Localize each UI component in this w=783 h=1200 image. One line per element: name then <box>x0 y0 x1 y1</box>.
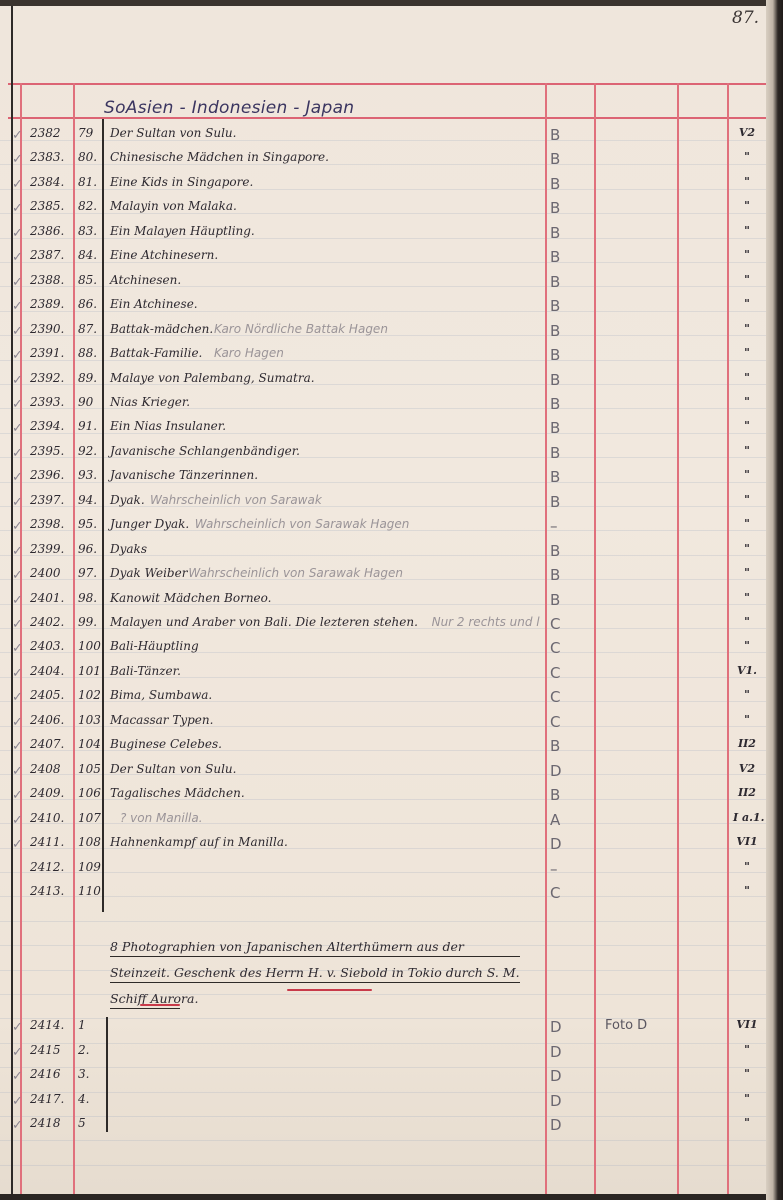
table-row: ✓2395.92.Javanische Schlangenbändiger.B" <box>0 444 766 468</box>
classification-letter: B <box>550 395 580 413</box>
table-row: ✓2391.88.Battak-Familie.Karo HagenB" <box>0 346 766 370</box>
entry-number: 110 <box>78 884 102 898</box>
pencil-annotation: Wahrscheinlich von Sarawak Hagen <box>188 566 403 580</box>
entry-description: Buginese Celebes. <box>110 737 222 751</box>
entry-description: Javanische Tänzerinnen. <box>110 468 258 482</box>
entry-description: Bali-Tänzer. <box>110 664 181 678</box>
inventory-number: 2388. <box>30 273 70 287</box>
classification-letter: B <box>550 199 580 217</box>
table-row: ✓2409.106.Tagalisches Mädchen.BII2 <box>0 786 766 810</box>
classification-letter: B <box>550 224 580 242</box>
entry-number: 86. <box>78 297 102 311</box>
location-code: " <box>733 884 761 897</box>
table-row: ✓2399.96.DyaksB" <box>0 542 766 566</box>
inventory-number: 2415 <box>30 1043 70 1057</box>
entry-number: 80. <box>78 150 102 164</box>
inventory-number: 2405. <box>30 688 70 702</box>
table-row: ✓2417.4.D" <box>0 1092 766 1116</box>
location-code: " <box>733 322 761 335</box>
location-code: " <box>733 273 761 286</box>
table-row: ✓2407.104.Buginese Celebes.BII2 <box>0 737 766 761</box>
checkmark-icon: ✓ <box>12 739 23 754</box>
classification-letter: C <box>550 884 580 902</box>
location-code: " <box>733 444 761 457</box>
inventory-number: 2411. <box>30 835 70 849</box>
table-row: ✓238279Der Sultan von Sulu.BV2 <box>0 126 766 150</box>
classification-letter: C <box>550 664 580 682</box>
entry-number: 3. <box>78 1067 102 1081</box>
classification-letter: B <box>550 786 580 804</box>
checkmark-icon: ✓ <box>12 1118 23 1133</box>
ruled-line <box>0 921 768 922</box>
entry-number: 103. <box>78 713 102 727</box>
inventory-number: 2384. <box>30 175 70 189</box>
entry-number: 92. <box>78 444 102 458</box>
checkmark-icon: ✓ <box>12 421 23 436</box>
classification-letter: C <box>550 639 580 657</box>
entry-number: 93. <box>78 468 102 482</box>
pencil-annotation: Karo Hagen <box>214 346 284 360</box>
checkmark-icon: ✓ <box>12 666 23 681</box>
inventory-number: 2395. <box>30 444 70 458</box>
entry-number: 98. <box>78 591 102 605</box>
classification-letter: D <box>550 1092 580 1110</box>
checkmark-icon: ✓ <box>12 275 23 290</box>
checkmark-icon: ✓ <box>12 324 23 339</box>
entry-number: 99. <box>78 615 102 629</box>
table-row: ✓2384.81.Eine Kids in Singapore.B" <box>0 175 766 199</box>
checkmark-icon: ✓ <box>12 617 23 632</box>
table-row: 2412.109–" <box>0 860 766 884</box>
entry-description: Tagalisches Mädchen. <box>110 786 245 800</box>
classification-letter: D <box>550 1018 580 1036</box>
location-code: " <box>733 493 761 506</box>
table-row: ✓2394.91.Ein Nias Insulaner.B" <box>0 419 766 443</box>
entry-number: 2. <box>78 1043 102 1057</box>
location-code: " <box>733 713 761 726</box>
ruled-line <box>0 1140 768 1141</box>
location-code: " <box>733 1092 761 1105</box>
entry-number: 94. <box>78 493 102 507</box>
table-row: 2413.110C" <box>0 884 766 908</box>
checkmark-icon: ✓ <box>12 470 23 485</box>
inventory-number: 2416 <box>30 1067 70 1081</box>
entry-description: Ein Malayen Häuptling. <box>110 224 255 238</box>
entry-number: 104. <box>78 737 102 751</box>
checkmark-icon: ✓ <box>12 250 23 265</box>
location-code: " <box>733 419 761 432</box>
location-code: II2 <box>733 737 761 750</box>
inventory-number: 2407. <box>30 737 70 751</box>
checkmark-icon: ✓ <box>12 1045 23 1060</box>
inventory-number: 2397. <box>30 493 70 507</box>
classification-letter: B <box>550 737 580 755</box>
entry-description: Nias Krieger. <box>110 395 190 409</box>
location-code: I a.1. <box>733 811 761 824</box>
location-code: V2 <box>733 762 761 775</box>
entry-number: 81. <box>78 175 102 189</box>
location-code: " <box>733 1067 761 1080</box>
classification-letter: B <box>550 248 580 266</box>
location-code: " <box>733 615 761 628</box>
entry-number: 83. <box>78 224 102 238</box>
inventory-number: 2392. <box>30 371 70 385</box>
entry-number: 107. <box>78 811 102 825</box>
entry-description: Macassar Typen. <box>110 713 213 727</box>
classification-letter: B <box>550 175 580 193</box>
checkmark-icon: ✓ <box>12 715 23 730</box>
checkmark-icon: ✓ <box>12 593 23 608</box>
location-code: " <box>733 517 761 530</box>
entry-number: 4. <box>78 1092 102 1106</box>
entry-number: 91. <box>78 419 102 433</box>
inventory-number: 2387. <box>30 248 70 262</box>
entry-number: 87. <box>78 322 102 336</box>
inventory-number: 2410. <box>30 811 70 825</box>
classification-letter: B <box>550 346 580 364</box>
inventory-number: 2390. <box>30 322 70 336</box>
pencil-annotation: Wahrscheinlich von Sarawak Hagen <box>195 517 410 531</box>
classification-letter: B <box>550 566 580 584</box>
table-row: ✓2403.100Bali-HäuptlingC" <box>0 639 766 663</box>
checkmark-icon: ✓ <box>12 519 23 534</box>
inventory-number: 2408 <box>30 762 70 776</box>
classification-letter: – <box>550 517 580 535</box>
location-code: VI1 <box>733 835 761 848</box>
inventory-number: 2382 <box>30 126 70 140</box>
entry-number: 85. <box>78 273 102 287</box>
table-row: ✓2390.87.Battak-mädchen.Karo Nördliche B… <box>0 322 766 346</box>
classification-letter: B <box>550 126 580 144</box>
table-row: ✓2402.99.Malayen und Araber von Bali. Di… <box>0 615 766 639</box>
location-code: " <box>733 224 761 237</box>
entry-description: Dyak Weiber <box>110 566 187 580</box>
classification-letter: B <box>550 468 580 486</box>
classification-letter: C <box>550 713 580 731</box>
ledger-page: 87. SoAsien - Indonesien - Japan ✓238279… <box>0 6 768 1194</box>
classification-letter: D <box>550 1067 580 1085</box>
checkmark-icon: ✓ <box>12 373 23 388</box>
entry-description: Dyak. <box>110 493 145 507</box>
red-underline-aurora <box>140 1004 180 1006</box>
inventory-number: 2385. <box>30 199 70 213</box>
entry-description: Malayin von Malaka. <box>110 199 237 213</box>
checkmark-icon: ✓ <box>12 544 23 559</box>
entry-number: 96. <box>78 542 102 556</box>
location-code: VI1 <box>733 1018 761 1031</box>
classification-letter: B <box>550 591 580 609</box>
location-code: II2 <box>733 786 761 799</box>
inventory-number: 2404. <box>30 664 70 678</box>
inventory-number: 2412. <box>30 860 70 874</box>
pencil-annotation: Nur 2 rechts und links mit den Carsten S… <box>432 615 540 629</box>
classification-letter: D <box>550 835 580 853</box>
inventory-number: 2394. <box>30 419 70 433</box>
table-row: ✓2410.107.? von Manilla.AI a.1. <box>0 811 766 835</box>
entry-description: Javanische Schlangenbändiger. <box>110 444 300 458</box>
location-code: " <box>733 860 761 873</box>
entry-description: Atchinesen. <box>110 273 181 287</box>
checkmark-icon: ✓ <box>12 1069 23 1084</box>
pencil-annotation: Karo Nördliche Battak Hagen <box>214 322 388 336</box>
classification-letter: B <box>550 542 580 560</box>
red-underline-siebold <box>287 989 372 991</box>
table-row: ✓2401.98.Kanowit Mädchen Borneo.B" <box>0 591 766 615</box>
entry-number: 106. <box>78 786 102 800</box>
inventory-number: 2417. <box>30 1092 70 1106</box>
inventory-number: 2400 <box>30 566 70 580</box>
checkmark-icon: ✓ <box>12 446 23 461</box>
inventory-number: 2418 <box>30 1116 70 1130</box>
entry-description: Battak-mädchen. <box>110 322 213 336</box>
table-row: ✓240097.Dyak WeiberWahrscheinlich von Sa… <box>0 566 766 590</box>
checkmark-icon: ✓ <box>12 1020 23 1035</box>
entry-number: 84. <box>78 248 102 262</box>
checkmark-icon: ✓ <box>12 568 23 583</box>
inventory-number: 2406. <box>30 713 70 727</box>
location-code: " <box>733 688 761 701</box>
location-code: V1. <box>733 664 761 677</box>
entry-number: 102. <box>78 688 102 702</box>
entry-description: Ein Atchinese. <box>110 297 198 311</box>
classification-letter: C <box>550 688 580 706</box>
location-code: " <box>733 150 761 163</box>
location-code: " <box>733 395 761 408</box>
classification-letter: – <box>550 860 580 878</box>
checkmark-icon: ✓ <box>12 201 23 216</box>
entry-number: 108 <box>78 835 102 849</box>
location-code: " <box>733 1116 761 1129</box>
page-number: 87. <box>732 8 759 28</box>
header-top-rule <box>8 83 768 85</box>
checkmark-icon: ✓ <box>12 788 23 803</box>
entry-number: 90 <box>78 395 102 409</box>
classification-letter: B <box>550 493 580 511</box>
checkmark-icon: ✓ <box>12 641 23 656</box>
inventory-number: 2403. <box>30 639 70 653</box>
entry-description: Ein Nias Insulaner. <box>110 419 226 433</box>
entry-number: 105. <box>78 762 102 776</box>
entry-description: Eine Kids in Singapore. <box>110 175 253 189</box>
location-code: " <box>733 566 761 579</box>
entry-number: 101. <box>78 664 102 678</box>
classification-letter: B <box>550 297 580 315</box>
table-row: ✓2393.90Nias Krieger.B" <box>0 395 766 419</box>
entry-description: Junger Dyak. <box>110 517 189 531</box>
foto-label: Foto D <box>605 1018 647 1033</box>
classification-letter: D <box>550 1116 580 1134</box>
table-row: ✓2398.95.Junger Dyak.Wahrscheinlich von … <box>0 517 766 541</box>
inventory-number: 2399. <box>30 542 70 556</box>
entry-description: Der Sultan von Sulu. <box>110 126 236 140</box>
inventory-number: 2398. <box>30 517 70 531</box>
table-row: ✓2408105.Der Sultan von Sulu.DV2 <box>0 762 766 786</box>
checkmark-icon: ✓ <box>12 299 23 314</box>
location-code: V2 <box>733 126 761 139</box>
inventory-number: 2401. <box>30 591 70 605</box>
classification-letter: B <box>550 273 580 291</box>
entry-number: 82. <box>78 199 102 213</box>
checkmark-icon: ✓ <box>12 177 23 192</box>
table-row: ✓2383.80.Chinesische Mädchen in Singapor… <box>0 150 766 174</box>
checkmark-icon: ✓ <box>12 1094 23 1109</box>
entry-description: Bali-Häuptling <box>110 639 199 653</box>
location-code: " <box>733 542 761 555</box>
table-row: ✓2397.94.Dyak.Wahrscheinlich von Sarawak… <box>0 493 766 517</box>
entry-description: Battak-Familie. <box>110 346 202 360</box>
entry-number: 79 <box>78 126 102 140</box>
pencil-annotation: Wahrscheinlich von Sarawak <box>150 493 322 507</box>
entry-number: 88. <box>78 346 102 360</box>
location-code: " <box>733 248 761 261</box>
inventory-number: 2409. <box>30 786 70 800</box>
table-row: ✓2406.103.Macassar Typen.C" <box>0 713 766 737</box>
location-code: " <box>733 639 761 652</box>
entry-description: Chinesische Mädchen in Singapore. <box>110 150 329 164</box>
entry-number: 100 <box>78 639 102 653</box>
entry-description: Malayen und Araber von Bali. Die leztere… <box>110 615 418 629</box>
location-code: " <box>733 175 761 188</box>
location-code: " <box>733 346 761 359</box>
checkmark-icon: ✓ <box>12 152 23 167</box>
checkmark-icon: ✓ <box>12 690 23 705</box>
checkmark-icon: ✓ <box>12 348 23 363</box>
location-code: " <box>733 1043 761 1056</box>
table-row: ✓2385.82.Malayin von Malaka.B" <box>0 199 766 223</box>
table-row: ✓2396.93.Javanische Tänzerinnen.B" <box>0 468 766 492</box>
group-caption-line-1: 8 Photographien von Japanischen Alterthü… <box>110 939 520 957</box>
location-code: " <box>733 297 761 310</box>
checkmark-icon: ✓ <box>12 764 23 779</box>
table-row: ✓2411.108Hahnenkampf auf in Manilla.DVI1 <box>0 835 766 859</box>
location-code: " <box>733 371 761 384</box>
inventory-number: 2413. <box>30 884 70 898</box>
checkmark-icon: ✓ <box>12 813 23 828</box>
classification-letter: A <box>550 811 580 829</box>
inventory-number: 2386. <box>30 224 70 238</box>
inventory-number: 2383. <box>30 150 70 164</box>
checkmark-icon: ✓ <box>12 226 23 241</box>
table-row: ✓2405.102.Bima, Sumbawa.C" <box>0 688 766 712</box>
table-row: ✓2389.86.Ein Atchinese.B" <box>0 297 766 321</box>
checkmark-icon: ✓ <box>12 397 23 412</box>
entry-description: Kanowit Mädchen Borneo. <box>110 591 271 605</box>
entry-number: 89. <box>78 371 102 385</box>
checkmark-icon: ✓ <box>12 128 23 143</box>
classification-letter: C <box>550 615 580 633</box>
group-caption-line-2: Steinzeit. Geschenk des Herrn H. v. Sieb… <box>110 965 520 983</box>
inventory-number: 2414. <box>30 1018 70 1032</box>
entry-number: 97. <box>78 566 102 580</box>
inventory-number: 2393. <box>30 395 70 409</box>
page-edge <box>766 0 783 1200</box>
table-row: ✓24152.D" <box>0 1043 766 1067</box>
table-row: ✓2387.84.Eine Atchinesern.B" <box>0 248 766 272</box>
entry-description: Malaye von Palembang, Sumatra. <box>110 371 315 385</box>
table-row: ✓2386.83.Ein Malayen Häuptling.B" <box>0 224 766 248</box>
inventory-number: 2396. <box>30 468 70 482</box>
classification-letter: B <box>550 444 580 462</box>
location-code: " <box>733 591 761 604</box>
classification-letter: B <box>550 419 580 437</box>
entry-number: 95. <box>78 517 102 531</box>
checkmark-icon: ✓ <box>12 837 23 852</box>
inventory-number: 2402. <box>30 615 70 629</box>
entry-description: Dyaks <box>110 542 147 556</box>
pencil-annotation: ? von Manilla. <box>120 811 203 825</box>
classification-letter: D <box>550 762 580 780</box>
classification-letter: B <box>550 150 580 168</box>
location-code: " <box>733 468 761 481</box>
entry-number: 1 <box>78 1018 102 1032</box>
entry-number: 5 <box>78 1116 102 1130</box>
classification-letter: B <box>550 322 580 340</box>
table-row: ✓2388.85.Atchinesen.B" <box>0 273 766 297</box>
table-row: ✓2404.101.Bali-Tänzer.CV1. <box>0 664 766 688</box>
entry-description: Eine Atchinesern. <box>110 248 218 262</box>
inventory-number: 2391. <box>30 346 70 360</box>
entry-description: Hahnenkampf auf in Manilla. <box>110 835 288 849</box>
entry-description: Der Sultan von Sulu. <box>110 762 236 776</box>
inventory-number: 2389. <box>30 297 70 311</box>
checkmark-icon: ✓ <box>12 495 23 510</box>
table-row: ✓2392.89.Malaye von Palembang, Sumatra.B… <box>0 371 766 395</box>
table-row: ✓2414.1DFoto DVI1 <box>0 1018 766 1042</box>
entry-description: Bima, Sumbawa. <box>110 688 212 702</box>
group-caption-line-3: Schiff Aurora. <box>110 991 180 1009</box>
classification-letter: B <box>550 371 580 389</box>
table-row: ✓24163.D" <box>0 1067 766 1091</box>
ruled-line <box>0 1165 768 1166</box>
section-title: SoAsien - Indonesien - Japan <box>104 98 354 118</box>
table-row: ✓24185D" <box>0 1116 766 1140</box>
entry-number: 109 <box>78 860 102 874</box>
classification-letter: D <box>550 1043 580 1061</box>
location-code: " <box>733 199 761 212</box>
